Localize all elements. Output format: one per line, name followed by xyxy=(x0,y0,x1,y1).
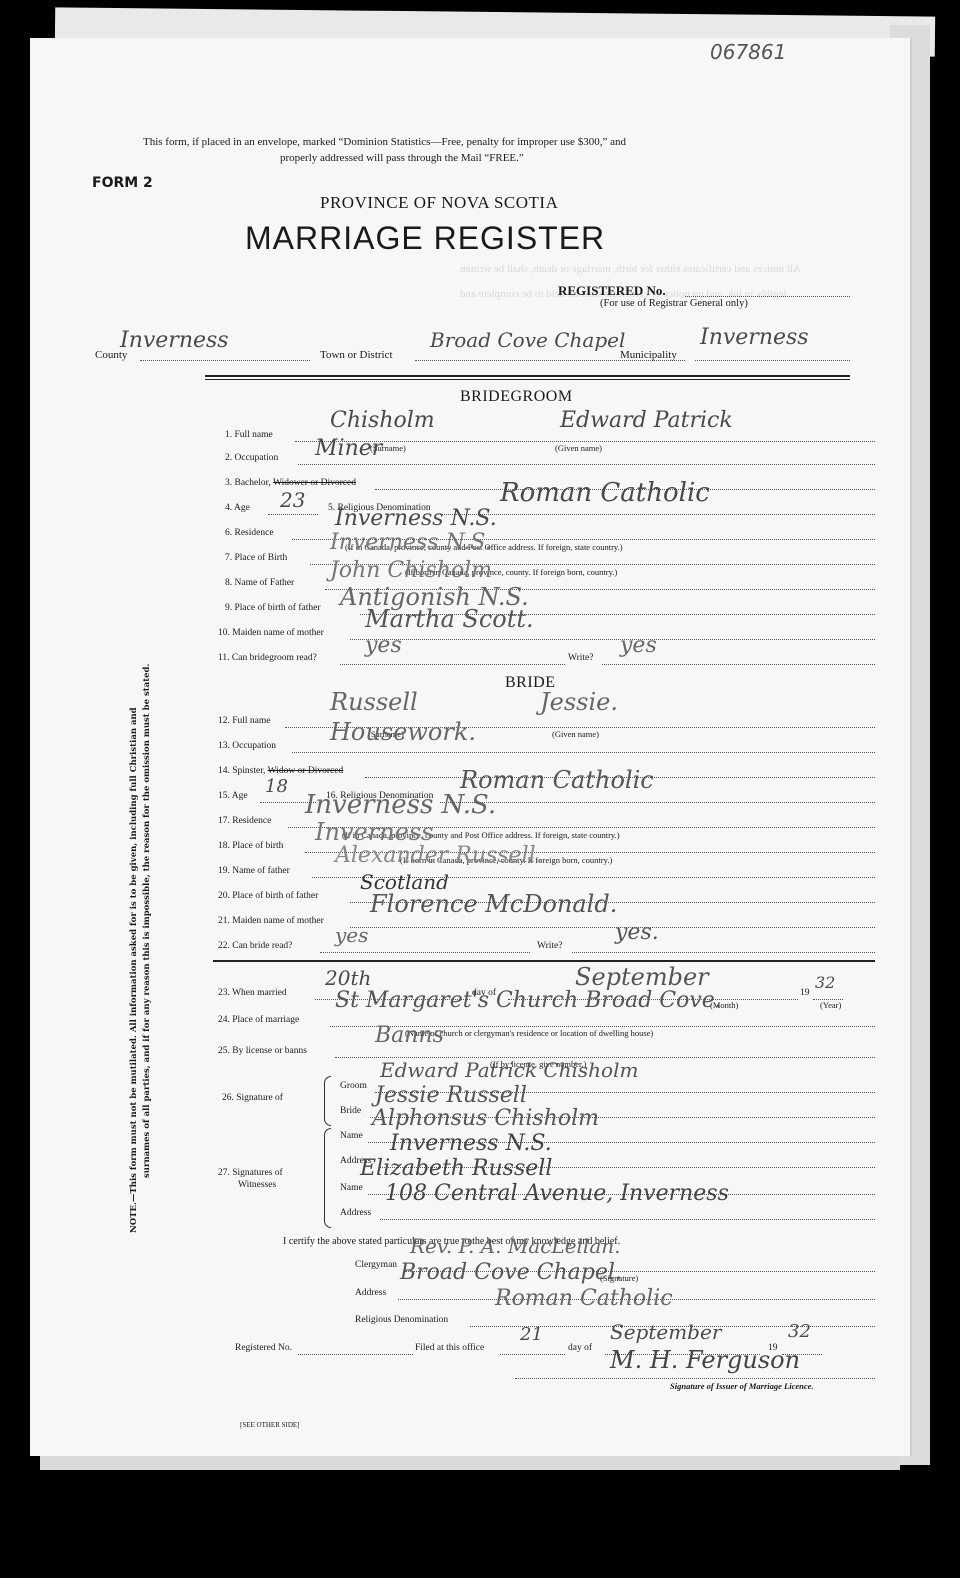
bride-father-birthplace-label: 20. Place of birth of father xyxy=(218,891,318,901)
document-number: 067861 xyxy=(710,40,786,64)
bride-birthplace-value: Inverness xyxy=(315,818,433,846)
divider xyxy=(213,960,875,962)
groom-write-label: Write? xyxy=(568,653,593,663)
bride-write-field[interactable] xyxy=(572,952,875,953)
bride-residence-value: Inverness N.S. xyxy=(305,790,496,820)
issuer-signature-field[interactable] xyxy=(515,1378,875,1379)
groom-surname-value: Chisholm xyxy=(330,408,435,433)
groom-mother-field[interactable] xyxy=(350,639,875,640)
groom-write-value: yes xyxy=(620,633,657,658)
divider xyxy=(205,379,850,380)
witness1-name-label: Name xyxy=(340,1131,363,1141)
bride-marital-status-label: 14. Spinster, Widow or Divorced xyxy=(218,766,343,776)
see-other-side: [SEE OTHER SIDE] xyxy=(240,1421,300,1429)
note-line2: surnames of all parties, and if for any … xyxy=(141,593,154,1233)
bride-mother-label: 21. Maiden name of mother xyxy=(218,916,324,926)
form-label: FORM 2 xyxy=(92,175,153,191)
banns-label: 25. By license or banns xyxy=(218,1046,307,1056)
municipality-label: Municipality xyxy=(620,349,677,361)
bride-given-name-value: Jessie. xyxy=(540,688,618,716)
filed-year-value: 32 xyxy=(788,1321,811,1342)
issuer-signature-hint: Signature of Issuer of Marriage Licence. xyxy=(670,1381,814,1391)
registered-no-label: REGISTERED No. xyxy=(558,283,666,299)
filing-registered-field[interactable] xyxy=(298,1354,413,1355)
bridegroom-heading: BRIDEGROOM xyxy=(460,388,573,406)
groom-religion-value: Roman Catholic xyxy=(500,478,710,508)
bride-residence-label: 17. Residence xyxy=(218,816,271,826)
bride-full-name-label: 12. Full name xyxy=(218,716,271,726)
groom-write-field[interactable] xyxy=(602,664,875,665)
county-value: Inverness xyxy=(120,328,229,353)
groom-age-label: 4. Age xyxy=(225,503,250,513)
bleed-through-text: All notices and certificates either for … xyxy=(460,263,801,275)
document-title: MARRIAGE REGISTER xyxy=(245,220,605,257)
mail-notice-line2: properly addressed will pass through the… xyxy=(280,152,524,164)
marriage-day-value: 20th xyxy=(325,966,371,990)
registered-no-field[interactable] xyxy=(685,296,850,297)
marriage-year-value: 32 xyxy=(815,973,835,992)
groom-father-label: 8. Name of Father xyxy=(225,578,294,588)
bride-write-label: Write? xyxy=(537,941,562,951)
year-hint: (Year) xyxy=(820,1000,841,1010)
bride-father-value: Alexander Russell. xyxy=(335,843,543,868)
clergy-address-value: Broad Cove Chapel. xyxy=(400,1260,622,1285)
groom-birthplace-label: 7. Place of Birth xyxy=(225,553,287,563)
groom-father-value: John Chisholm xyxy=(330,558,492,583)
witness1-name-value: Alphonsus Chisholm xyxy=(372,1106,599,1131)
given-name-hint: (Given name) xyxy=(552,729,599,739)
witnesses-label-line1: 27. Signatures of xyxy=(218,1168,283,1178)
divider xyxy=(205,375,850,377)
mail-notice-line1: This form, if placed in an envelope, mar… xyxy=(143,136,626,148)
bride-signature-label: Bride xyxy=(340,1106,361,1116)
bride-signature-value: Jessie Russell xyxy=(375,1083,527,1108)
note-line1: NOTE.—This form must not be mutilated. A… xyxy=(128,593,141,1233)
bride-write-value: yes. xyxy=(615,920,659,945)
groom-residence-value: Inverness N.S. xyxy=(335,506,497,531)
signature-of-label: 26. Signature of xyxy=(222,1093,283,1103)
bride-occupation-value: Housework. xyxy=(330,718,476,746)
municipality-value: Inverness xyxy=(700,325,809,350)
groom-read-field[interactable] xyxy=(340,664,565,665)
issuer-signature-value: M. H. Ferguson xyxy=(610,1346,800,1374)
bride-mother-value: Florence McDonald. xyxy=(370,890,617,918)
bride-father-label: 19. Name of father xyxy=(218,866,290,876)
bride-surname-value: Russell xyxy=(330,688,418,716)
bride-read-label: 22. Can bride read? xyxy=(218,941,292,951)
town-value: Broad Cove Chapel xyxy=(430,328,625,352)
signature-brace xyxy=(324,1076,331,1126)
place-of-marriage-value: St Margaret's Church Broad Cove. xyxy=(335,988,722,1013)
clergyman-label: Clergyman xyxy=(355,1260,397,1270)
bride-occupation-label: 13. Occupation xyxy=(218,741,276,751)
witness2-name-value: Elizabeth Russell xyxy=(360,1156,552,1181)
bride-read-field[interactable] xyxy=(320,952,530,953)
marriage-month-value: September xyxy=(575,963,709,991)
filed-day-value: 21 xyxy=(520,1324,543,1345)
groom-signature-label: Groom xyxy=(340,1081,367,1091)
groom-read-value: yes xyxy=(365,633,402,658)
groom-read-label: 11. Can bridegroom read? xyxy=(218,653,317,663)
filed-dayof-label: day of xyxy=(568,1343,592,1353)
groom-occupation-field[interactable] xyxy=(298,464,875,465)
groom-birthplace-value: Inverness N.S. xyxy=(330,530,492,555)
groom-given-name-value: Edward Patrick xyxy=(560,408,733,433)
groom-mother-label: 10. Maiden name of mother xyxy=(218,628,324,638)
witness-brace xyxy=(324,1128,331,1228)
registered-no-note: (For use of Registrar General only) xyxy=(600,298,748,309)
province-heading: PROVINCE OF NOVA SCOTIA xyxy=(320,193,558,213)
groom-religion-field[interactable] xyxy=(440,514,875,515)
witnesses-label-line2: Witnesses xyxy=(238,1180,276,1190)
place-of-marriage-label: 24. Place of marriage xyxy=(218,1015,299,1025)
year-prefix: 19 xyxy=(800,988,810,998)
witness2-address-value: 108 Central Avenue, Inverness xyxy=(385,1181,729,1206)
filed-month-value: September xyxy=(610,1320,721,1344)
bride-occupation-field[interactable] xyxy=(292,752,875,753)
vertical-note: NOTE.—This form must not be mutilated. A… xyxy=(128,593,154,1233)
town-label: Town or District xyxy=(320,349,393,361)
filed-day-field[interactable] xyxy=(500,1354,565,1355)
given-name-hint: (Given name) xyxy=(555,443,602,453)
witness2-name-label: Name xyxy=(340,1183,363,1193)
when-married-label: 23. When married xyxy=(218,988,287,998)
groom-full-name-label: 1. Full name xyxy=(225,430,273,440)
groom-occupation-value: Miner xyxy=(315,436,382,461)
groom-mother-value: Martha Scott. xyxy=(365,605,534,633)
bride-age-label: 15. Age xyxy=(218,791,248,801)
groom-signature-value: Edward Patrick Chisholm xyxy=(380,1058,638,1082)
witness2-address-field[interactable] xyxy=(380,1219,875,1220)
marriage-register-page: All notices and certificates either for … xyxy=(30,38,910,1456)
bride-religion-field[interactable] xyxy=(440,802,875,803)
groom-residence-label: 6. Residence xyxy=(225,528,274,538)
clergyman-value: Rev. P. A. MacLellan. xyxy=(410,1234,621,1258)
groom-father-birthplace-label: 9. Place of birth of father xyxy=(225,603,321,613)
filed-at-office-label: Filed at this office xyxy=(415,1343,484,1353)
bride-birthplace-label: 18. Place of birth xyxy=(218,841,283,851)
clergy-address-label: Address xyxy=(355,1288,386,1298)
municipality-field[interactable] xyxy=(695,360,850,361)
filing-registered-label: Registered No. xyxy=(235,1343,292,1353)
bride-age-value: 18 xyxy=(265,776,288,797)
groom-occupation-label: 2. Occupation xyxy=(225,453,278,463)
groom-age-value: 23 xyxy=(280,488,305,512)
groom-marital-status-label: 3. Bachelor, Widower or Divorced xyxy=(225,478,356,488)
witness1-address-value: Inverness N.S. xyxy=(390,1131,552,1156)
county-field[interactable] xyxy=(140,360,310,361)
groom-age-field[interactable] xyxy=(268,514,318,515)
clergy-religion-value: Roman Catholic xyxy=(495,1286,673,1311)
banns-value: Banns xyxy=(375,1023,444,1048)
bride-mother-field[interactable] xyxy=(350,927,875,928)
bride-read-value: yes xyxy=(335,923,368,947)
witness2-address-label: Address xyxy=(340,1208,371,1218)
clergy-religion-label: Religious Denomination xyxy=(355,1315,448,1325)
